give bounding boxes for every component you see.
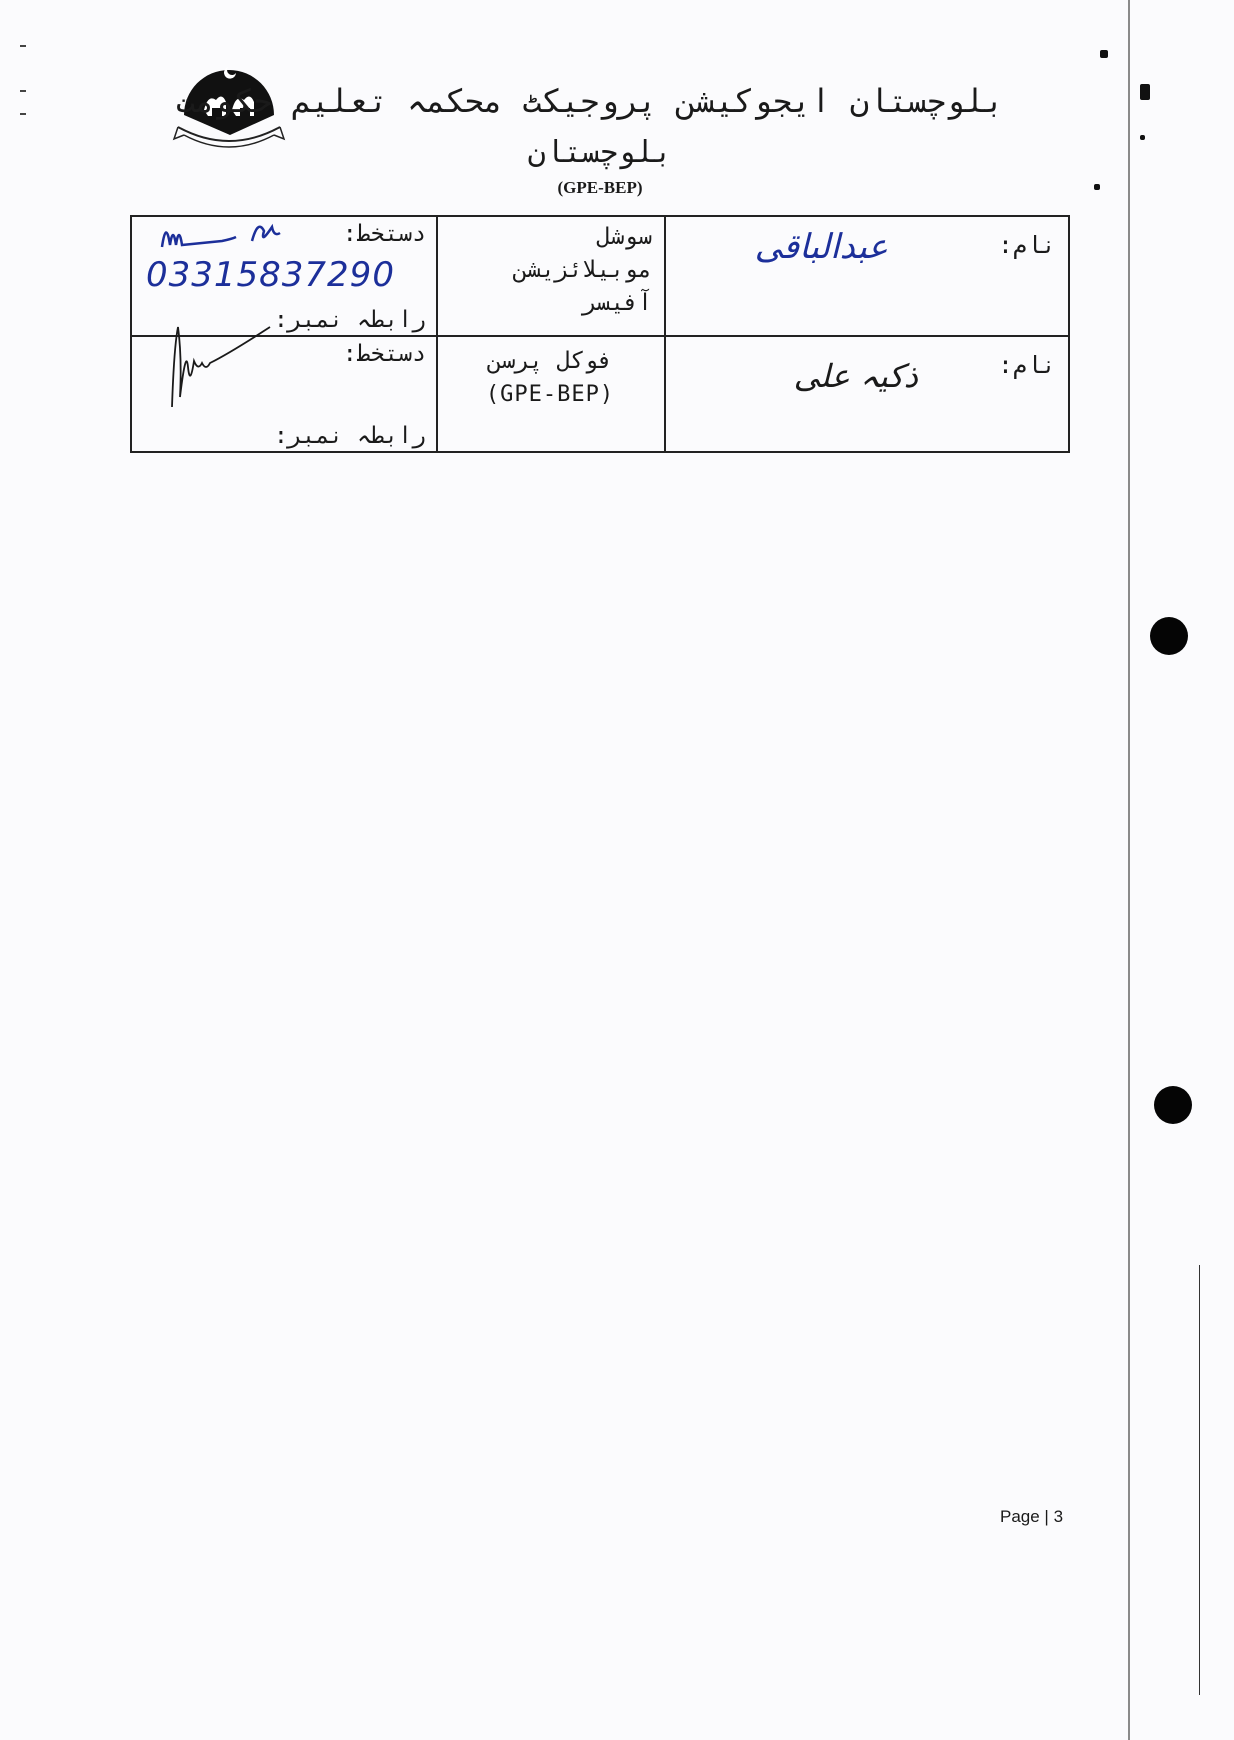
name-label: نام: — [998, 351, 1056, 379]
document-title: بلوچستان ایجوکیشن پروجیکٹ محکمہ تعلیم حک… — [110, 82, 1070, 120]
designation-subline: (GPE-BEP) — [436, 378, 664, 411]
contact-sign-table: نام: عبدالباقی سوشل موبیلائزیشن آفیسر دس… — [130, 215, 1070, 453]
signature-scribble — [152, 217, 302, 257]
scan-edge-mark — [20, 45, 26, 47]
designation-line: فوکل پرسن — [436, 345, 664, 378]
signature-scribble — [158, 317, 278, 417]
punch-hole-top — [1150, 617, 1188, 655]
contact-label: رابطہ نمبر: — [274, 423, 426, 449]
designation-text: سوشل موبیلائزیشن آفیسر — [442, 221, 652, 320]
punch-hole-bottom — [1154, 1086, 1192, 1124]
document-title-line2: بلوچستان — [400, 135, 800, 170]
handwritten-name: عبدالباقی — [755, 227, 888, 267]
scan-speck — [1140, 135, 1145, 140]
table-row: نام: ذکیہ علی فوکل پرسن (GPE-BEP) دستخط:… — [132, 337, 1068, 451]
scan-speck — [1094, 184, 1100, 190]
contact-label: رابطہ نمبر: — [274, 307, 426, 333]
page-number: Page | 3 — [1000, 1507, 1063, 1527]
designation-line: سوشل — [442, 221, 652, 254]
designation-line: موبیلائزیشن — [442, 254, 652, 287]
designation-line: آفیسر — [442, 287, 652, 320]
handwritten-name: ذکیہ علی — [794, 357, 918, 395]
scan-speck — [1100, 50, 1108, 58]
scan-edge-mark — [20, 113, 26, 115]
signature-label: دستخط: — [343, 341, 426, 367]
designation-cell: فوکل پرسن (GPE-BEP) — [436, 337, 664, 451]
designation-text: فوکل پرسن (GPE-BEP) — [436, 345, 664, 411]
handwritten-phone-number: 03315837290 — [146, 255, 395, 295]
signature-label: دستخط: — [343, 221, 426, 247]
designation-cell: سوشل موبیلائزیشن آفیسر — [436, 217, 664, 335]
scan-page-edge — [1128, 0, 1130, 1740]
name-label: نام: — [998, 231, 1056, 259]
name-cell: نام: عبدالباقی — [664, 217, 1068, 335]
scan-margin-rule — [1199, 1265, 1200, 1695]
scan-speck — [1140, 84, 1150, 100]
organization-code: (GPE-BEP) — [500, 178, 700, 198]
signature-cell: دستخط: رابطہ نمبر: — [132, 337, 436, 451]
name-cell: نام: ذکیہ علی — [664, 337, 1068, 451]
scan-edge-mark — [20, 90, 26, 92]
